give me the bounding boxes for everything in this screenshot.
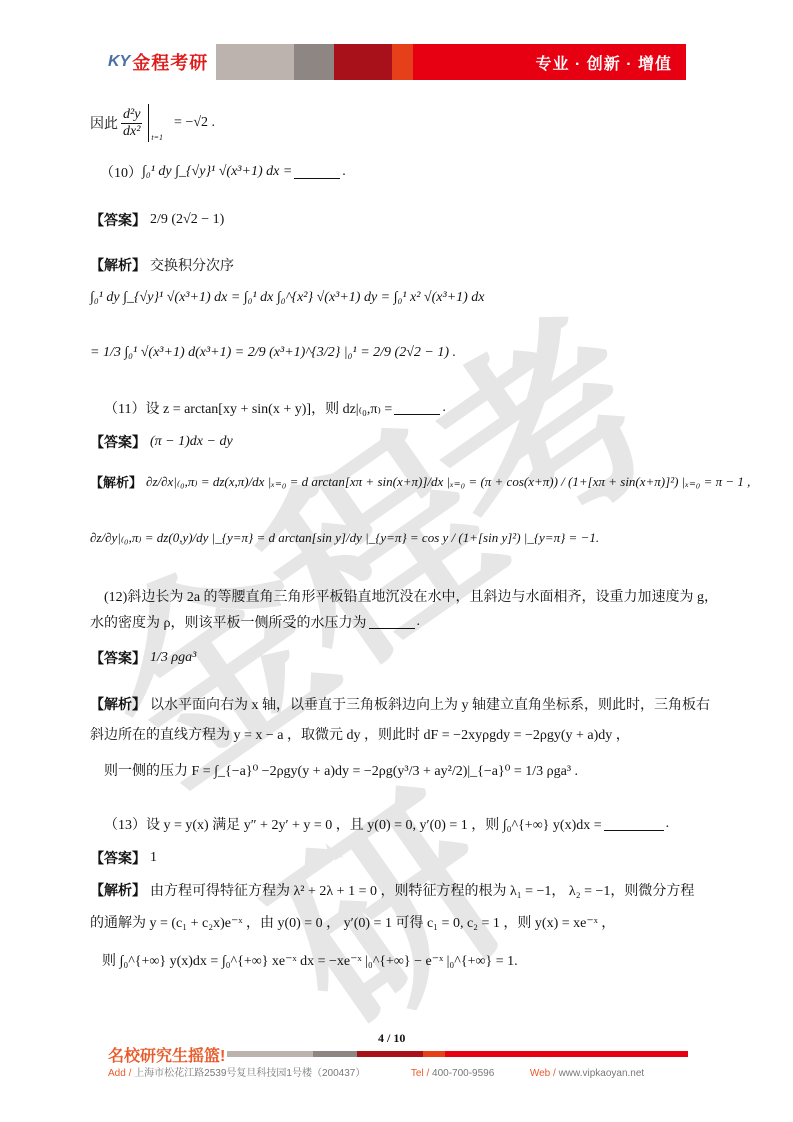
answer-value: (π − 1)dx − dy xyxy=(150,434,233,450)
answer-tag: 【答案】 xyxy=(90,648,146,668)
text: . xyxy=(666,816,670,832)
numerator: d²y xyxy=(121,107,142,123)
question-text: （13）设 y = y(x) 满足 y″ + 2y′ + y = 0 ，且 y(… xyxy=(104,814,602,834)
math-expression: = 1/3 ∫₀¹ √(x³+1) d(x³+1) = 2/9 (x³+1)^{… xyxy=(90,345,456,361)
answer-value: 2/9 (2√2 − 1) xyxy=(150,212,224,228)
answer-13: 【答案】 1 xyxy=(90,848,157,868)
footer-stripe xyxy=(227,1051,313,1057)
question-10: （10） ∫₀¹ dy ∫_{√y}¹ √(x³+1) dx = . xyxy=(100,162,346,182)
banner-stripe xyxy=(294,44,334,80)
address-label: Add / xyxy=(108,1068,131,1079)
footer-stripe xyxy=(423,1051,445,1057)
tel-label: Tel / xyxy=(411,1068,429,1079)
conclusion-line: 因此 d²y dx² t=1 = −√2 . xyxy=(90,104,215,142)
header-slogan: 专业 · 创新 · 增值 xyxy=(413,44,686,80)
answer-tag: 【答案】 xyxy=(90,210,146,230)
text: 因此 xyxy=(90,113,118,133)
footer-contact: Add / 上海市松花江路2539号复旦科技园1号楼（200437） Tel /… xyxy=(108,1064,688,1079)
question-number: （10） xyxy=(100,162,142,182)
answer-10: 【答案】 2/9 (2√2 − 1) xyxy=(90,210,224,230)
solution-tag: 【解析】 xyxy=(90,472,142,491)
solution-12-line3: 则一侧的压力 F = ∫_{−a}⁰ −2ρgy(y + a)dy = −2ρg… xyxy=(104,760,578,780)
solution-10-eq2: = 1/3 ∫₀¹ √(x³+1) d(x³+1) = 2/9 (x³+1)^{… xyxy=(90,345,456,361)
text: . xyxy=(442,400,446,416)
footer-stripe xyxy=(313,1051,357,1057)
question-12-line1: (12)斜边长为 2a 的等腰直角三角形平板铅直地沉没在水中，且斜边与水面相齐，… xyxy=(104,586,718,606)
brand-name: 金程考研 xyxy=(132,49,208,75)
solution-10-header: 【解析】 交换积分次序 xyxy=(90,255,234,275)
solution-13-line3: 则 ∫₀^{+∞} y(x)dx = ∫₀^{+∞} xe⁻ˣ dx = −xe… xyxy=(102,950,518,970)
solution-12-line2: 斜边所在的直线方程为 y = x − a ，取微元 dy ，则此时 dF = −… xyxy=(90,724,630,744)
footer-banner: 名校研究生摇篮! xyxy=(108,1044,688,1064)
math-expression: ∂z/∂y|₍₀,π₎ = dz(0,y)/dy |_{y=π} = d arc… xyxy=(90,530,599,546)
question-11: （11） 设 z = arctan[xy + sin(x + y)]，则 dz|… xyxy=(104,398,446,418)
solution-text: 斜边所在的直线方程为 y = x − a ，取微元 dy ，则此时 dF = −… xyxy=(90,724,630,744)
solution-13-line2: 的通解为 y = (c₁ + c₂x)e⁻ˣ ，由 y(0) = 0 ， y′(… xyxy=(90,912,615,932)
solution-tag: 【解析】 xyxy=(90,255,146,275)
answer-11: 【答案】 (π − 1)dx − dy xyxy=(90,432,233,452)
solution-text: 则 ∫₀^{+∞} y(x)dx = ∫₀^{+∞} xe⁻ˣ dx = −xe… xyxy=(102,950,518,970)
evaluation-bar: t=1 xyxy=(148,104,163,142)
answer-tag: 【答案】 xyxy=(90,848,146,868)
solution-text: 的通解为 y = (c₁ + c₂x)e⁻ˣ ，由 y(0) = 0 ， y′(… xyxy=(90,912,615,932)
solution-text: 由方程可得特征方程为 λ² + 2λ + 1 = 0 ，则特征方程的根为 λ₁ … xyxy=(150,880,694,900)
answer-blank xyxy=(604,818,664,831)
math-expression: 设 z = arctan[xy + sin(x + y)]，则 dz|₍₀,π₎… xyxy=(145,398,392,418)
solution-12-line1: 【解析】 以水平面向右为 x 轴，以垂直于三角板斜边向上为 y 轴建立直角坐标系… xyxy=(90,694,710,714)
tel-value: 400-700-9596 xyxy=(432,1068,494,1079)
math-expression: ∫₀¹ dy ∫_{√y}¹ √(x³+1) dx = ∫₀¹ dx ∫₀^{x… xyxy=(90,290,485,306)
question-13: （13）设 y = y(x) 满足 y″ + 2y′ + y = 0 ，且 y(… xyxy=(104,814,669,834)
math-expression: ∫₀¹ dy ∫_{√y}¹ √(x³+1) dx = xyxy=(142,164,292,180)
text: . xyxy=(342,164,346,180)
solution-11-eq2: ∂z/∂y|₍₀,π₎ = dz(0,y)/dy |_{y=π} = d arc… xyxy=(90,530,599,546)
footer-stripe xyxy=(357,1051,423,1057)
banner-stripe xyxy=(392,44,413,80)
question-text: (12)斜边长为 2a 的等腰直角三角形平板铅直地沉没在水中，且斜边与水面相齐，… xyxy=(104,586,718,606)
text: = −√2 . xyxy=(174,115,215,131)
answer-blank xyxy=(294,166,340,179)
question-text: 水的密度为 ρ，则该平板一侧所受的水压力为 xyxy=(90,612,367,632)
solution-13-line1: 【解析】 由方程可得特征方程为 λ² + 2λ + 1 = 0 ，则特征方程的根… xyxy=(90,880,694,900)
text: . xyxy=(417,614,421,630)
brand-logo: KY 金程考研 xyxy=(108,44,216,80)
web-label: Web / xyxy=(530,1068,556,1079)
answer-tag: 【答案】 xyxy=(90,432,146,452)
fraction: d²y dx² xyxy=(121,107,142,139)
solution-text: 以水平面向右为 x 轴，以垂直于三角板斜边向上为 y 轴建立直角坐标系，则此时，… xyxy=(150,694,710,714)
answer-blank xyxy=(369,616,415,629)
question-number: （11） xyxy=(104,398,145,418)
logo-mark-icon: KY xyxy=(108,53,130,71)
answer-value: 1 xyxy=(150,850,157,866)
denominator: dx² xyxy=(121,124,142,139)
solution-tag: 【解析】 xyxy=(90,694,146,714)
web-link[interactable]: www.vipkaoyan.net xyxy=(559,1068,645,1079)
answer-12: 【答案】 1/3 ρga³ xyxy=(90,648,196,668)
solution-tag: 【解析】 xyxy=(90,880,146,900)
text: 交换积分次序 xyxy=(150,255,234,275)
banner-stripe xyxy=(334,44,392,80)
address-value: 上海市松花江路2539号复旦科技园1号楼（200437） xyxy=(134,1068,365,1079)
header-banner: KY 金程考研 专业 · 创新 · 增值 xyxy=(108,44,686,80)
solution-text: 则一侧的压力 F = ∫_{−a}⁰ −2ρgy(y + a)dy = −2ρg… xyxy=(104,760,578,780)
question-12-line2: 水的密度为 ρ，则该平板一侧所受的水压力为 . xyxy=(90,612,420,632)
solution-11-eq1: 【解析】 ∂z/∂x|₍₀,π₎ = dz(x,π)/dx |ₓ₌₀ = d a… xyxy=(90,472,750,491)
solution-10-eq1: ∫₀¹ dy ∫_{√y}¹ √(x³+1) dx = ∫₀¹ dx ∫₀^{x… xyxy=(90,290,485,306)
footer-stripe xyxy=(445,1051,688,1057)
footer-slogan: 名校研究生摇篮! xyxy=(108,1043,225,1066)
answer-value: 1/3 ρga³ xyxy=(150,650,196,666)
answer-blank xyxy=(394,402,440,415)
math-expression: ∂z/∂x|₍₀,π₎ = dz(x,π)/dx |ₓ₌₀ = d arctan… xyxy=(146,474,750,490)
banner-stripe xyxy=(216,44,294,80)
